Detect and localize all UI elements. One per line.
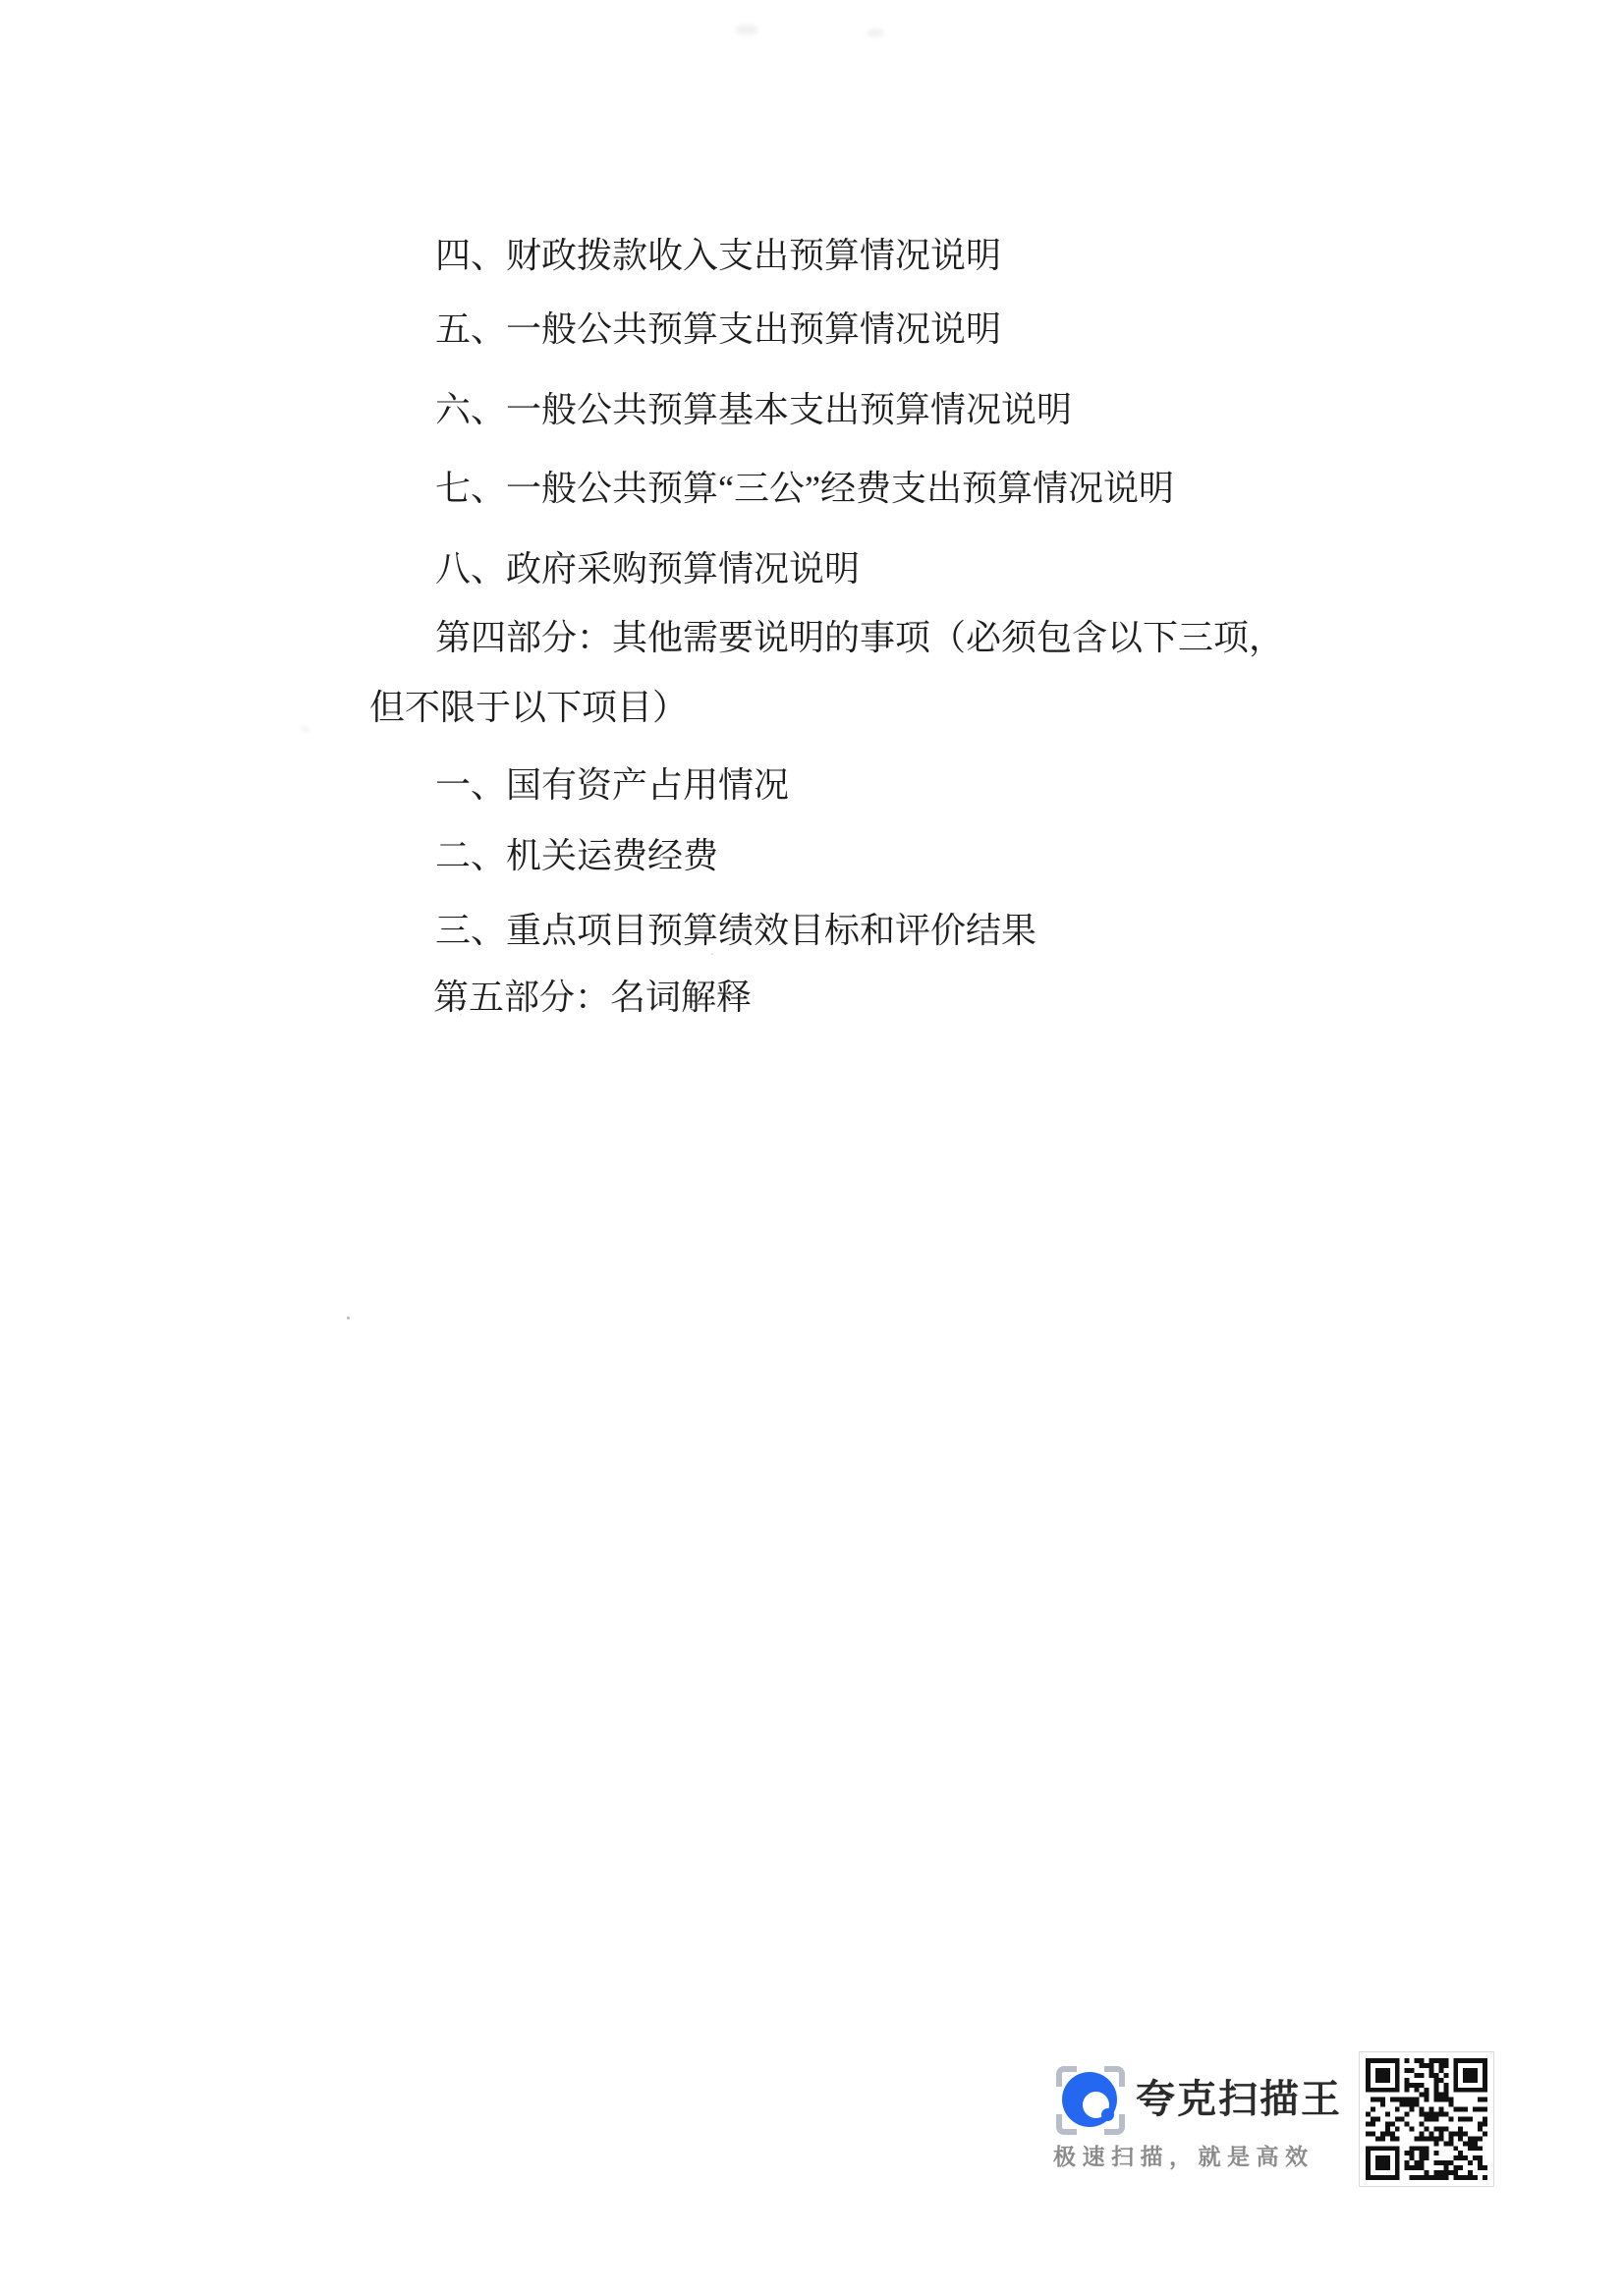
scanned-document-page: 四、财政拨款收入支出预算情况说明 五、一般公共预算支出预算情况说明 六、一般公共… [0, 0, 1624, 2295]
scan-smudge [735, 25, 758, 35]
document-line: 六、一般公共预算基本支出预算情况说明 [435, 388, 1072, 431]
watermark-tagline-text: 极速扫描，就是高效 [1053, 2143, 1315, 2170]
scan-speck [711, 953, 713, 955]
document-line: 二、机关运费经费 [435, 834, 718, 877]
scan-smudge [867, 28, 884, 37]
scan-speck [460, 1014, 462, 1016]
scan-speck [347, 1316, 350, 1319]
document-line: 五、一般公共预算支出预算情况说明 [435, 308, 1001, 351]
qr-code [1359, 2051, 1494, 2187]
document-line: 第四部分：其他需要说明的事项（必须包含以下三项， [435, 616, 1284, 659]
quark-logo [1056, 2066, 1125, 2135]
document-line: 但不限于以下项目） [369, 686, 688, 729]
document-line: 第五部分：名词解释 [433, 976, 752, 1019]
document-line: 七、一般公共预算“三公”经费支出预算情况说明 [435, 467, 1174, 510]
document-line: 四、财政拨款收入支出预算情况说明 [435, 234, 1001, 277]
quark-circle-icon [1062, 2072, 1117, 2127]
document-line: 一、国有资产占用情况 [435, 763, 789, 807]
quark-q-notch-icon [1101, 2108, 1114, 2121]
document-line: 八、政府采购预算情况说明 [435, 547, 860, 590]
watermark-brand-text: 夸克扫描王 [1136, 2075, 1342, 2124]
document-line: 三、重点项目预算绩效目标和评价结果 [435, 909, 1036, 952]
scan-smudge [301, 727, 310, 732]
